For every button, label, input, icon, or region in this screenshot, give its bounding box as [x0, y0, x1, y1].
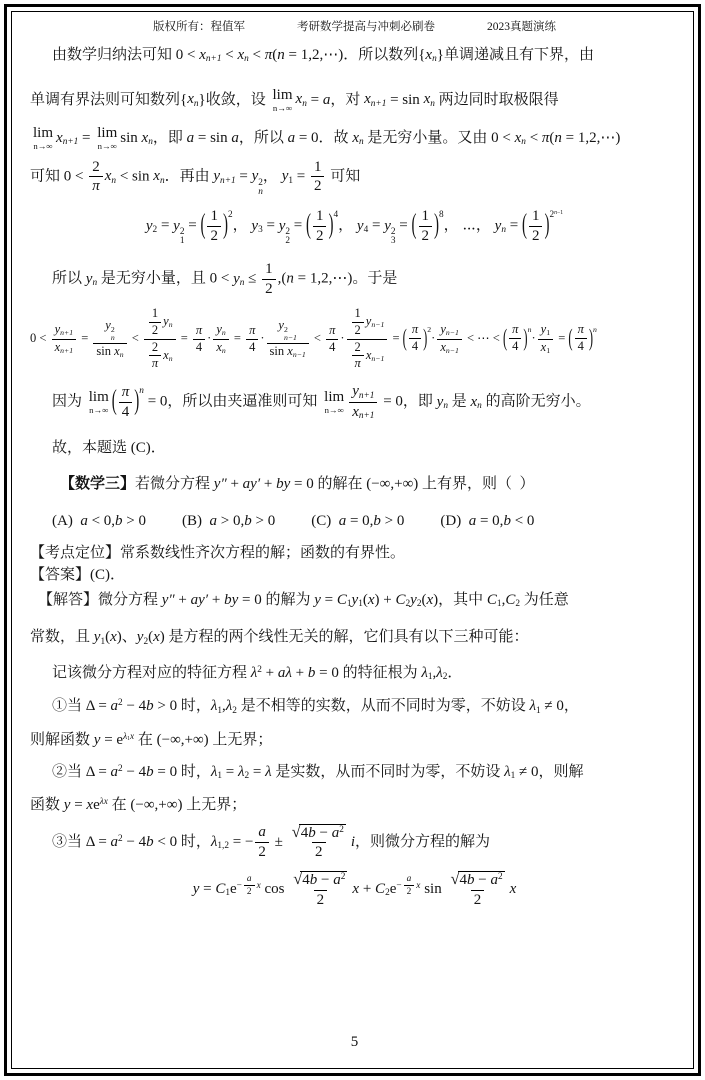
tok-mt: = [368, 218, 384, 234]
tok-sup: 2n−1 [549, 209, 563, 221]
tok-num: y1 [538, 323, 553, 338]
tok-mt: 1 [546, 346, 550, 355]
tok-mt: 4 [578, 339, 584, 353]
tok-mi: y [282, 168, 289, 184]
tok-den: sin xn [93, 343, 126, 359]
tok-mt: ， [233, 218, 252, 234]
tok-mi: y″ [214, 476, 227, 492]
tok-mt: 2 [315, 844, 323, 860]
tok-mg: a2 [111, 764, 123, 780]
tok-den: xn+1 [52, 339, 77, 355]
tok-den: 4 [575, 338, 587, 354]
tok-mt: ，即 [153, 130, 187, 146]
tok-mt: = [231, 331, 244, 345]
tok-mg: 2n−1 [549, 210, 563, 220]
tok-mi: n+1 [60, 328, 73, 337]
tok-mg: a2 [490, 872, 502, 888]
tok-mt: ) + [375, 592, 396, 608]
tok-parengrp: (π4) [112, 384, 140, 420]
tok-frac: 12 [207, 208, 221, 244]
tok-mt: 2 [498, 872, 503, 882]
tok-mb: 【数学三】 [60, 476, 135, 492]
tok-mt: 2 [474, 892, 482, 908]
tok-mt: = 0．故 [295, 130, 352, 146]
tok-sub: n−1 [446, 329, 459, 338]
tok-num: √4b − a2 [447, 871, 507, 890]
tok-num: π [193, 324, 205, 339]
tok-sub: n [222, 347, 226, 356]
tok-mi: x [352, 404, 359, 420]
tok-mi: x [199, 47, 206, 63]
tok-mt: 可知 0 < [30, 168, 87, 184]
tok-sub: n−1 [293, 351, 306, 360]
tok-mg: y21 [173, 218, 184, 234]
tok-mi: n [120, 350, 124, 359]
tok-mi: π [329, 323, 335, 337]
tok-mi: n+1 [359, 391, 375, 401]
tok-frac: π4 [326, 324, 338, 355]
tok-mg: (12)8 [412, 218, 444, 234]
tok-mt: −1 [557, 210, 563, 216]
tok-mt: 1 [316, 208, 324, 224]
content-line-12: 【考点定位】常系数线性齐次方程的解；函数的有界性。 [30, 544, 679, 564]
tok-mt: < 0, [88, 513, 115, 529]
tok-mt: sin [270, 344, 288, 358]
tok-mt: )，其中 [433, 592, 487, 608]
tok-mi: π [122, 384, 130, 400]
tok-parengrp: (π4) [568, 323, 593, 354]
tok-mt: 2 [422, 228, 430, 244]
tok-mt: 函数 [30, 797, 64, 813]
tok-mi: n+1 [60, 346, 73, 355]
tok-mt: 1 [422, 208, 430, 224]
tok-ss-sub: n [258, 188, 263, 198]
tok-mt: = [78, 331, 91, 345]
tok-mi: a [111, 698, 119, 714]
tok-mt: sin [120, 130, 141, 146]
tok-pglyph: ( [412, 212, 417, 241]
tok-mi: n [222, 346, 226, 355]
tok-mt: 3 [391, 236, 396, 246]
tok-mt: 是不相等的实数，从而不同时为零，不妨设 [237, 698, 530, 714]
tok-limtok: limn→∞ [33, 126, 53, 151]
content-line-13: 【答案】(C)． [30, 566, 679, 586]
tok-num: π [326, 324, 338, 339]
tok-mi: π [92, 178, 100, 194]
tok-mg: (12)4 [306, 218, 338, 234]
tok-den: 4 [326, 339, 338, 355]
tok-mi: x [352, 130, 359, 146]
tok-mi: x [364, 91, 371, 107]
tok-num: a [244, 874, 255, 885]
tok-mt: = [222, 764, 238, 780]
tok-mt: 1 [210, 208, 218, 224]
tok-num: π [246, 324, 258, 339]
tok-mg: e−a2x [230, 881, 261, 897]
tok-frac: 12 [149, 307, 161, 338]
tok-parengrp: (12) [200, 208, 228, 244]
tok-mi: y [252, 168, 259, 184]
tok-mt: + [359, 881, 375, 897]
tok-mi: n [222, 328, 226, 337]
tok-sub: n−1 [446, 347, 459, 356]
tok-mi: by [224, 592, 238, 608]
tok-mi: a [247, 874, 252, 884]
tok-mi: b [467, 872, 475, 888]
tok-mt: + [208, 592, 224, 608]
tok-pglyph: ( [112, 388, 117, 417]
content-line-22: y = C1e−a2x cos √4b − a22x + C2e−a2x sin… [30, 871, 679, 908]
tok-mi: x [237, 47, 244, 63]
tok-mg: λ2 [238, 764, 249, 780]
tok-mt: 由数学归纳法可知 0 < [52, 47, 199, 63]
tok-sub: n+1 [60, 329, 73, 338]
tok-mt: + [227, 476, 243, 492]
tok-num: 12yn−1 [347, 307, 388, 339]
tok-mg: yn [437, 394, 448, 410]
tok-mg: y2 [146, 218, 157, 234]
tok-mt: 单调有界法则可知数列 [30, 91, 180, 107]
tok-mt: 4 [122, 404, 130, 420]
tok-mi: a [333, 872, 341, 888]
tok-den: xn−1 [437, 339, 462, 355]
tok-mg: eλx [93, 797, 108, 813]
tok-mi: x [424, 91, 431, 107]
tok-mi: y [314, 592, 321, 608]
tok-num: π [119, 384, 133, 402]
tok-pglyph: ) [223, 212, 228, 241]
tok-mg: y2n [252, 168, 263, 184]
tok-mg: xn [153, 168, 164, 184]
tok-mt: − [396, 881, 401, 891]
tok-mg: x1 [541, 340, 550, 354]
tok-frac: π4 [575, 323, 587, 354]
tok-num: y2n [102, 319, 117, 344]
header-booklet-title: 考研数学提高与冲刺必刷卷 [297, 18, 435, 34]
tok-num: y2n−1 [275, 319, 300, 344]
tok-frac: π4 [509, 323, 521, 354]
tok-mt: 4 [249, 340, 255, 354]
tok-sup: λx [100, 796, 108, 808]
page-header: 版权所有：程值军 考研数学提高与冲刺必刷卷 2023真题演练 [30, 18, 679, 34]
tok-mi: y [352, 592, 359, 608]
tok-mt: < sin [116, 168, 153, 184]
tok-mt: = [178, 331, 191, 345]
tok-mg: xn−1 [366, 348, 385, 362]
tok-lim-u: n→∞ [325, 406, 344, 415]
tok-mi: b [146, 834, 154, 850]
tok-mt: = [157, 218, 173, 234]
tok-mt: · [260, 331, 264, 345]
tok-num: 12yn [144, 307, 176, 339]
tok-den: 2 [404, 885, 415, 897]
tok-mg: y4 [357, 218, 368, 234]
tok-mt: > 0 [123, 513, 146, 529]
tok-mi: n [111, 333, 115, 342]
tok-sup: n−1 [554, 210, 563, 217]
tok-mt: 。于是 [352, 271, 397, 287]
tok-mi: y [146, 218, 153, 234]
tok-lim-f: lim [97, 126, 117, 141]
tok-limtok: limn→∞ [273, 88, 293, 113]
tok-den: 4 [409, 338, 421, 354]
tok-mi: C [215, 881, 225, 897]
tok-mi: C [375, 881, 385, 897]
tok-mi: b [146, 764, 154, 780]
tok-pglyph: ( [503, 326, 507, 350]
tok-mt: 是无穷小量。又由 0 < [364, 130, 515, 146]
tok-mt: 在 (−∞,+∞) 上无界； [108, 797, 246, 813]
tok-mi: n+1 [359, 411, 375, 421]
tok-frac: 12 [313, 208, 327, 244]
tok-mi: aλ [278, 665, 292, 681]
tok-mt: = [70, 797, 86, 813]
tok-mi: a [111, 764, 119, 780]
tok-mt: 2 [355, 340, 361, 354]
tok-mt: 1 [152, 306, 158, 320]
tok-frac: a2 [404, 874, 415, 897]
tok-mt: 则解函数 [30, 732, 94, 748]
tok-frac: 12yn−12πxn−1 [347, 307, 388, 371]
tok-mi: C [505, 592, 515, 608]
tok-mg: xn [105, 168, 116, 184]
tok-num: √4b − a2 [290, 871, 350, 890]
tok-mi: ay′ [243, 476, 260, 492]
tok-mt: 4 [329, 340, 335, 354]
tok-den: 2 [419, 226, 433, 245]
tok-sup: λ1x [123, 731, 134, 744]
tok-den: 2 [255, 842, 269, 861]
tok-num: 1 [313, 208, 327, 226]
tok-mt: 故，本题选 (C)． [52, 440, 166, 456]
tok-mg: yn [86, 271, 97, 287]
header-copyright: 版权所有：程值军 [153, 18, 245, 34]
tok-pglyph: ( [200, 212, 205, 241]
tok-mi: n+1 [63, 137, 79, 147]
tok-mg: xn+1 [55, 340, 74, 354]
tok-den: xn [213, 339, 228, 355]
tok-mi: n [169, 354, 173, 363]
tok-mt: ，则微分方程的解为 [355, 834, 490, 850]
tok-mt: 2 [265, 281, 273, 297]
tok-mi: y [279, 218, 286, 234]
tok-mt: } [437, 47, 444, 63]
tok-mi: n [258, 187, 263, 197]
tok-mg: xn [471, 394, 482, 410]
tok-pglyph: ) [523, 326, 527, 350]
tok-den: 2 [529, 226, 543, 245]
tok-den: 4 [509, 338, 521, 354]
tok-mi: x [110, 629, 117, 645]
tok-mt: 2 [532, 228, 540, 244]
tok-mt: − 4 [123, 698, 146, 714]
tok-mt: sin [420, 881, 445, 897]
tok-mi: by [276, 476, 290, 492]
document-page: 版权所有：程值军 考研数学提高与冲刺必刷卷 2023真题演练 由数学归纳法可知 … [0, 0, 705, 1080]
tok-radicand: 4b − a2 [458, 871, 505, 889]
tok-mg: λ1 [529, 698, 540, 714]
content-line-2: 单调有界法则可知数列{xn}收敛，设 limn→∞xn = a，对 xn+1 =… [30, 88, 679, 113]
tok-ss-sub: 1 [180, 237, 185, 247]
tok-mi: y [233, 271, 240, 287]
tok-mg: C2 [395, 592, 410, 608]
tok-frac: a2 [244, 874, 255, 897]
tok-mi: y [251, 218, 258, 234]
tok-mt: ．再由 [165, 168, 214, 184]
tok-ss-sub: n [111, 334, 115, 342]
tok-mt: 为任意 [520, 592, 569, 608]
tok-pglyph: ( [403, 326, 407, 350]
tok-mt: + [175, 592, 191, 608]
tok-mt: e [230, 881, 237, 897]
tok-sub: n+1 [60, 347, 73, 356]
tok-mt: − [237, 881, 242, 891]
tok-num: √4b − a2 [289, 824, 349, 843]
tok-mt: + [292, 665, 308, 681]
tok-mt: 2 [285, 236, 290, 246]
tok-mt: · [531, 331, 535, 345]
tok-mg: yn [163, 314, 172, 328]
tok-mt: = [185, 218, 201, 234]
tok-mt: > 0 时， [154, 698, 211, 714]
tok-supsub: 2n [111, 326, 115, 342]
tok-mi: x [471, 394, 478, 410]
tok-sub: 1,2 [217, 840, 229, 852]
tok-num: yn+1 [52, 323, 77, 338]
tok-sub: n−1 [371, 355, 384, 364]
tok-mg: y2n [105, 318, 114, 332]
tok-mg: λ1 [504, 764, 515, 780]
tok-mt: 记该微分方程对应的特征方程 [52, 665, 251, 681]
tok-mt: = 1,2,⋯) [294, 271, 352, 287]
tok-mg: y1 [352, 592, 363, 608]
tok-mt: e [93, 797, 100, 813]
tok-mt: = 0 时， [154, 764, 211, 780]
tok-mi: y [94, 629, 101, 645]
tok-mt: < ⋯ < [464, 331, 503, 345]
tok-mg: λ1,2 [211, 834, 229, 850]
tok-mi: y″ [162, 592, 175, 608]
tok-sub: n+1 [63, 136, 79, 148]
tok-num: 1 [311, 159, 325, 177]
tok-num: 1 [419, 208, 433, 226]
tok-mt: = [290, 218, 306, 234]
tok-mg: λ2 [436, 665, 447, 681]
tok-frac: π4 [193, 324, 205, 355]
tok-mi: n−1 [293, 350, 306, 359]
tok-mt: 【考点定位】常系数线性齐次方程的解；函数的有界性。 [30, 545, 405, 561]
tok-frac: yn+1xn+1 [349, 383, 377, 421]
tok-mi: x [296, 91, 303, 107]
tok-mt: < [526, 130, 542, 146]
tok-pglyph: ) [423, 326, 427, 350]
tok-mt: = 1,2,⋯)．所以数列 [285, 47, 418, 63]
tok-mi: n−1 [446, 346, 459, 355]
tok-frac: y2n−1sin xn−1 [267, 319, 309, 360]
tok-mi: x [425, 47, 432, 63]
content-line-3: limn→∞xn+1 = limn→∞sin xn，即 a = sin a，所以… [30, 126, 679, 151]
content-lines: 由数学归纳法可知 0 < xn+1 < xn < π(n = 1,2,⋯)．所以… [30, 46, 679, 908]
tok-mi: n [554, 130, 562, 146]
tok-lim-f: lim [324, 390, 344, 405]
tok-mg: y22 [279, 218, 290, 234]
tok-mi: π [355, 356, 361, 370]
tok-mi: a [80, 513, 88, 529]
tok-frac: π4 [119, 384, 133, 420]
page-number: 5 [30, 1034, 679, 1051]
tok-mg: xn [515, 130, 526, 146]
tok-num: π [575, 323, 587, 338]
tok-mt: = [263, 218, 279, 234]
tok-mg: y2 [137, 629, 148, 645]
tok-frac: a2 [255, 824, 269, 860]
tok-mt: < 0 时， [154, 834, 211, 850]
tok-sub: 1 [546, 347, 550, 356]
tok-mt: (A) [52, 513, 80, 529]
tok-mt: 4 [412, 339, 418, 353]
tok-mi: y [173, 218, 180, 234]
tok-mt: 2 [258, 844, 266, 860]
tok-mt: 【解答】微分方程 [38, 592, 162, 608]
tok-mt: − [475, 872, 491, 888]
tok-frac: 12 [262, 261, 276, 297]
tok-mt: 是实数，从而不同时为零，不妨设 [272, 764, 505, 780]
tok-den: π [89, 176, 103, 195]
tok-mg: (π4)n [503, 331, 531, 345]
tok-mt: 0 < [30, 331, 50, 345]
tok-mt: 2 [152, 323, 158, 337]
tok-mt: < [129, 331, 142, 345]
tok-mt: < [311, 331, 324, 345]
tok-mi: b [146, 698, 154, 714]
tok-mt: 1,2 [217, 841, 229, 851]
tok-sub: n+1 [359, 411, 375, 421]
tok-mg: C1 [337, 592, 352, 608]
tok-frac: √4b − a22 [290, 871, 350, 908]
tok-sub: n+1 [220, 175, 236, 187]
tok-mi: a [111, 834, 119, 850]
tok-mg: λ2 [251, 665, 262, 681]
tok-mt: 是无穷小量，且 0 < [97, 271, 233, 287]
tok-mt: ②当 Δ = [52, 764, 111, 780]
tok-den: 4 [246, 339, 258, 355]
tok-lim-u: n→∞ [273, 104, 292, 113]
tok-mi: n−1 [284, 333, 297, 342]
tok-radicand: 4b − a2 [300, 871, 347, 889]
tok-mt: = [396, 218, 412, 234]
tok-mi: a [288, 130, 296, 146]
tok-mt: > 0 [381, 513, 404, 529]
tok-mt: − [316, 825, 332, 841]
tok-mi: a [187, 130, 195, 146]
tok-num: π [509, 323, 521, 338]
tok-lim-u: n→∞ [33, 142, 52, 151]
tok-sqrt: √4b − a2 [450, 871, 504, 889]
content-line-11: (A) a < 0,b > 0(B) a > 0,b > 0(C) a = 0,… [30, 512, 679, 532]
tok-parengrp: (12) [522, 208, 550, 244]
tok-mt: = [321, 592, 337, 608]
tok-mt: + [262, 665, 278, 681]
tok-mi: π [512, 322, 518, 336]
tok-mt: 1 [265, 261, 273, 277]
tok-mg: y2n−1 [278, 318, 297, 332]
tok-mi: C [487, 592, 497, 608]
tok-num: a [404, 874, 415, 885]
tok-den: 2 [314, 890, 328, 909]
tok-mg: (π4)2 [403, 331, 431, 345]
tok-pglyph: ) [328, 212, 333, 241]
tok-mg: yn+1 [213, 168, 235, 184]
